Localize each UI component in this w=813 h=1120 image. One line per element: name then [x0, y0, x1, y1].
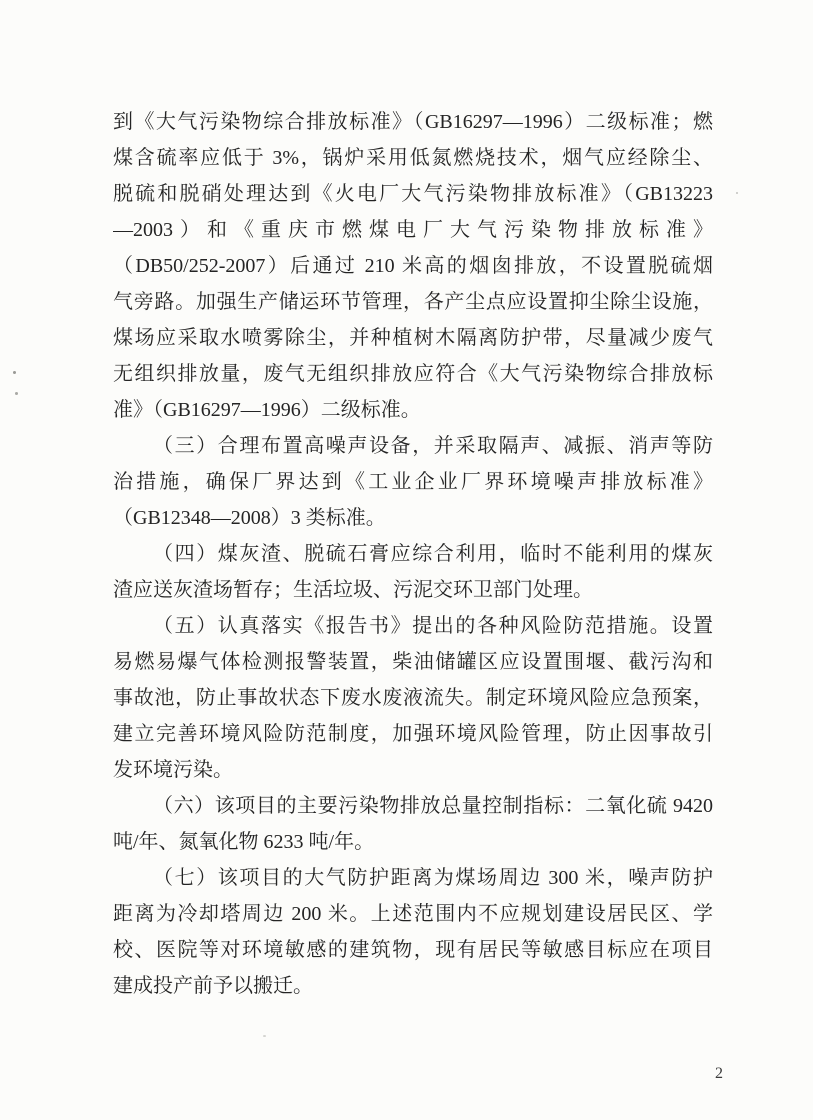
text-line: （DB50/252-2007）后通过 210 米高的烟囱排放，不设置脱硫烟	[113, 248, 713, 284]
text-line: 无组织排放量，废气无组织排放应符合《大气污染物综合排放标	[113, 356, 713, 392]
text-line: —2003）和《重庆市燃煤电厂大气污染物排放标准》	[113, 212, 713, 248]
text-line: （六）该项目的主要污染物排放总量控制指标：二氧化硫 9420	[113, 788, 713, 824]
text-line: 事故池，防止事故状态下废水废液流失。制定环境风险应急预案，	[113, 680, 713, 716]
text-line: 吨/年、氮氧化物 6233 吨/年。	[113, 824, 713, 860]
text-line: （三）合理布置高噪声设备，并采取隔声、减振、消声等防	[113, 428, 713, 464]
text-line: 校、医院等对环境敏感的建筑物，现有居民等敏感目标应在项目	[113, 932, 713, 968]
text-line: 治措施，确保厂界达到《工业企业厂界环境噪声排放标准》	[113, 464, 713, 500]
text-line: （四）煤灰渣、脱硫石膏应综合利用，临时不能利用的煤灰	[113, 536, 713, 572]
document-body: 到《大气污染物综合排放标准》（GB16297—1996）二级标准；燃 煤含硫率应…	[113, 104, 713, 1004]
text-line: 到《大气污染物综合排放标准》（GB16297—1996）二级标准；燃	[113, 104, 713, 140]
text-line: 气旁路。加强生产储运环节管理，各产尘点应设置抑尘除尘设施，	[113, 284, 713, 320]
scan-speck	[15, 392, 18, 395]
document-page: 到《大气污染物综合排放标准》（GB16297—1996）二级标准；燃 煤含硫率应…	[0, 0, 813, 1120]
text-line: 建立完善环境风险防范制度，加强环境风险管理，防止因事故引	[113, 716, 713, 752]
text-line: 发环境污染。	[113, 752, 713, 788]
scan-speck	[263, 1035, 266, 1037]
text-line: 煤含硫率应低于 3%，锅炉采用低氮燃烧技术，烟气应经除尘、	[113, 140, 713, 176]
text-line: 建成投产前予以搬迁。	[113, 968, 713, 1004]
text-line: （GB12348—2008）3 类标准。	[113, 500, 713, 536]
text-line: 准》（GB16297—1996）二级标准。	[113, 392, 713, 428]
text-line: （七）该项目的大气防护距离为煤场周边 300 米，噪声防护	[113, 860, 713, 896]
page-number: 2	[704, 1064, 734, 1084]
scan-speck	[13, 371, 16, 374]
text-line: 渣应送灰渣场暂存；生活垃圾、污泥交环卫部门处理。	[113, 572, 713, 608]
text-line: 距离为冷却塔周边 200 米。上述范围内不应规划建设居民区、学	[113, 896, 713, 932]
text-line: （五）认真落实《报告书》提出的各种风险防范措施。设置	[113, 608, 713, 644]
text-line: 易燃易爆气体检测报警装置，柴油储罐区应设置围堰、截污沟和	[113, 644, 713, 680]
scan-speck	[736, 192, 738, 194]
text-line: 煤场应采取水喷雾除尘，并种植树木隔离防护带，尽量减少废气	[113, 320, 713, 356]
text-line: 脱硫和脱硝处理达到《火电厂大气污染物排放标准》（GB13223	[113, 176, 713, 212]
